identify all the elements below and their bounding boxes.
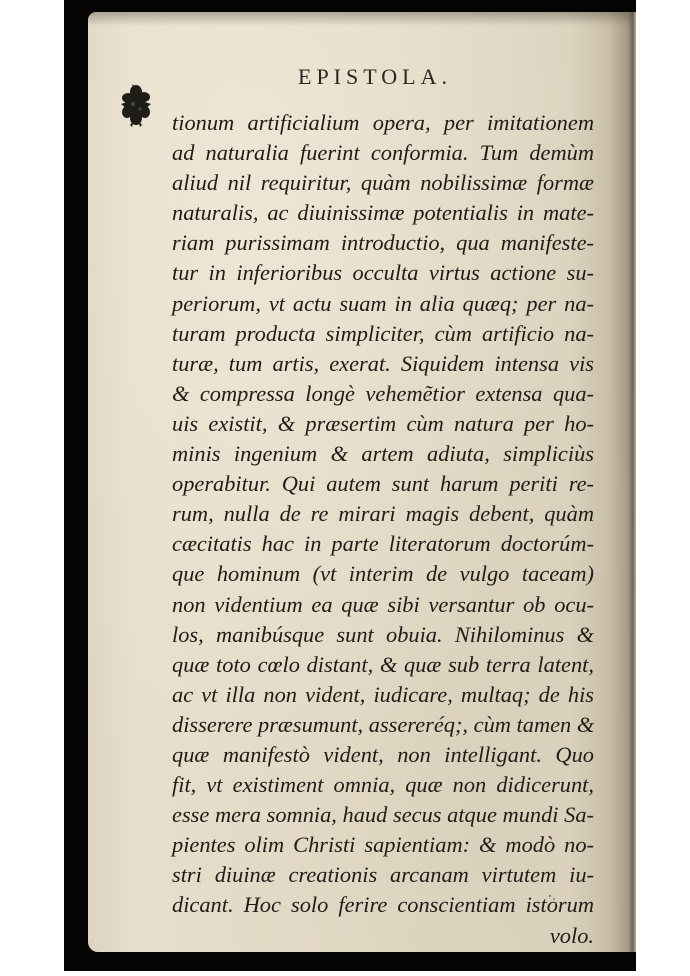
running-head: EPISTOLA. (0, 64, 690, 90)
text-line: riam purissimam introductio, qua manifes… (172, 228, 594, 258)
text-line: disserere præsumunt, assereréq;, cùm tam… (172, 710, 594, 740)
text-line: que hominum (vt interim de vulgo taceam) (172, 559, 594, 589)
text-line: ac vt illa non vident, iudicare, multaq;… (172, 680, 594, 710)
text-line: operabitur. Qui autem sunt harum periti … (172, 469, 594, 499)
text-line: tionum artificialium opera, per imitatio… (172, 108, 594, 138)
text-line: non videntium ea quæ sibi versantur ob o… (172, 590, 594, 620)
text-line: turæ, tum artis, exerat. Siquidem intens… (172, 349, 594, 379)
text-line: aliud nil requiritur, quàm nobilissimæ f… (172, 168, 594, 198)
page-top-shadow (88, 12, 636, 26)
text-line: quæ toto cœlo distant, & quæ sub terra l… (172, 650, 594, 680)
text-line: quæ manifestò vident, non intelligant. Q… (172, 740, 594, 770)
text-line: minis ingenium & artem adiuta, simpliciù… (172, 439, 594, 469)
text-line: tur in inferioribus occulta virtus actio… (172, 258, 594, 288)
text-line: rum, nulla de re mirari magis debent, qu… (172, 499, 594, 529)
text-line: periorum, vt actu suam in alia quæq; per… (172, 289, 594, 319)
catchword: volo. (172, 921, 594, 951)
text-line: pientes olim Christi sapientiam: & modò … (172, 830, 594, 860)
text-line: naturalis, ac diuinissimæ potentialis in… (172, 198, 594, 228)
text-line: los, manibúsque sunt obuia. Nihilominus … (172, 620, 594, 650)
body-text: tionum artificialium opera, per imitatio… (172, 108, 594, 951)
text-line: stri diuinæ creationis arcanam virtutem … (172, 860, 594, 890)
text-line: uis existit, & præsertim cùm natura per … (172, 409, 594, 439)
page-gutter-edge (628, 12, 636, 952)
ink-specks (547, 893, 561, 907)
text-line: fit, vt existiment omnia, quæ non didice… (172, 770, 594, 800)
text-line: cæcitatis hac in parte literatorum docto… (172, 529, 594, 559)
text-line: esse mera somnia, haud secus atque mundi… (172, 800, 594, 830)
text-line: dicant. Hoc solo ferire conscientiam ist… (172, 890, 594, 920)
text-line: & compressa longè vehemẽtior extensa qua… (172, 379, 594, 409)
text-line: turam producta simpliciter, cùm artifici… (172, 319, 594, 349)
text-line: ad naturalia fuerint conformia. Tum demù… (172, 138, 594, 168)
